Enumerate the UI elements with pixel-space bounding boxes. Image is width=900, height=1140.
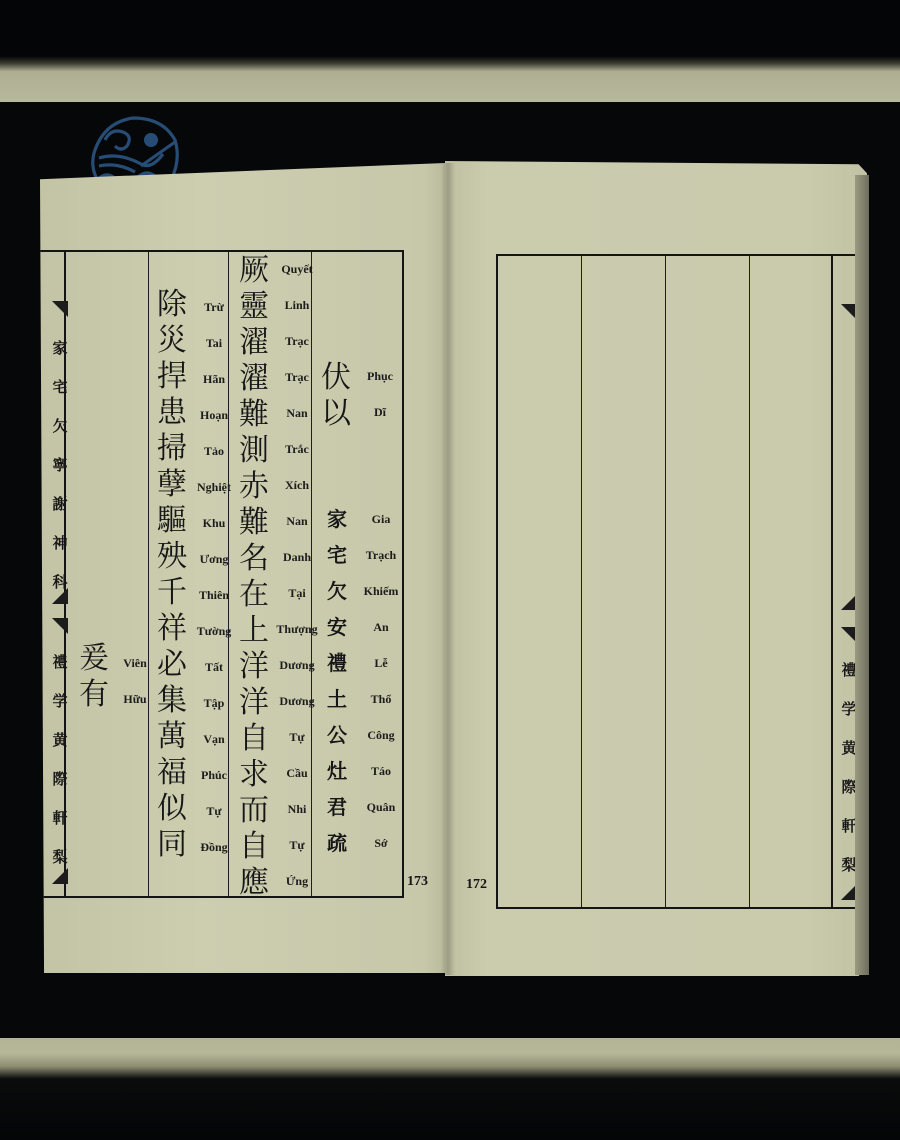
viet-gloss: Viên — [123, 645, 147, 681]
han-char: 欠 — [327, 573, 347, 609]
han-char: 千 — [157, 575, 187, 611]
viet-gloss: Công — [367, 717, 394, 753]
han-char: 宅 — [327, 537, 347, 573]
viet-gloss: Phục — [367, 358, 393, 394]
column-rule — [665, 256, 666, 907]
han-char: 洋 — [239, 649, 269, 685]
viet-gloss: Nan — [286, 503, 307, 539]
han-char: 上 — [239, 613, 269, 649]
viet-gloss: Nan — [286, 395, 307, 431]
margin-title-char: 宅 — [52, 368, 67, 407]
bottom-page-strip — [0, 1038, 900, 1140]
han-char: 除 — [157, 287, 187, 323]
text-column-han: 厥 靈 濯 濯 難 測 赤 難 名 在 上 洋 洋 自 求 而 自 應 — [234, 253, 274, 901]
viet-gloss: Hãn — [203, 361, 225, 397]
viet-gloss: Tập — [204, 685, 225, 721]
han-char: 靈 — [239, 289, 269, 325]
viet-gloss: Nghiệt — [197, 469, 231, 505]
book-spine — [441, 163, 455, 975]
viet-gloss: Hữu — [123, 681, 146, 717]
column-rule — [148, 252, 149, 896]
text-column-viet: Viên Hữu — [114, 645, 156, 717]
han-char: 求 — [239, 757, 269, 793]
page-number-left: 173 — [407, 874, 428, 890]
margin-publisher-char: 際 — [52, 760, 67, 799]
han-char: 而 — [239, 793, 269, 829]
han-char: 在 — [239, 577, 269, 613]
viet-gloss: Trạch — [366, 537, 396, 573]
han-char: 禮 — [327, 645, 347, 681]
viet-gloss: Tại — [288, 575, 305, 611]
viet-gloss: Tự — [206, 793, 221, 829]
text-column-viet: Phục Dĩ — [358, 358, 402, 430]
text-column-viet: Quyết Linh Trạc Trạc Nan Trắc Xích Nan D… — [274, 251, 320, 899]
viet-gloss: Dĩ — [374, 394, 386, 430]
text-column-han: 家 宅 欠 安 禮 土 公 灶 君 疏 — [320, 501, 354, 861]
viet-gloss: Trạc — [285, 359, 309, 395]
viet-gloss: Lễ — [374, 645, 387, 681]
viet-gloss: Thiên — [199, 577, 229, 613]
margin-title-char: 謝 — [52, 485, 67, 524]
right-page: 禮 学 黄 際 軒 梨 172 — [445, 161, 867, 976]
han-char: 灶 — [327, 753, 347, 789]
viet-gloss: Cầu — [286, 755, 307, 791]
han-char: 厥 — [239, 253, 269, 289]
han-char: 自 — [239, 829, 269, 865]
page-stack-edge — [855, 175, 869, 975]
han-char: 難 — [239, 505, 269, 541]
han-char: 爰 — [79, 641, 109, 677]
han-char: 疏 — [327, 825, 347, 861]
viet-gloss: An — [373, 609, 388, 645]
viet-gloss: Gia — [372, 501, 391, 537]
viet-gloss: Danh — [283, 539, 311, 575]
han-char: 捍 — [157, 359, 187, 395]
han-char: 自 — [239, 721, 269, 757]
han-char: 公 — [327, 717, 347, 753]
margin-publisher-char: 学 — [52, 682, 67, 721]
margin-title-column: 家 宅 欠 寧 謝 神 科 — [46, 329, 74, 602]
han-char: 難 — [239, 397, 269, 433]
margin-publisher-char: 黄 — [52, 721, 67, 760]
han-char: 殃 — [157, 539, 187, 575]
han-char: 土 — [327, 681, 347, 717]
viet-gloss: Tự — [289, 827, 304, 863]
text-column-viet: Trừ Tai Hãn Hoạn Tảo Nghiệt Khu Ương Thi… — [192, 289, 236, 865]
margin-title-char: 神 — [52, 524, 67, 563]
right-page-frame — [496, 254, 858, 909]
han-char: 必 — [157, 647, 187, 683]
han-char: 祥 — [157, 611, 187, 647]
viet-gloss: Linh — [285, 287, 310, 323]
viet-gloss: Tất — [205, 649, 223, 685]
text-column-han: 爰 有 — [74, 641, 114, 713]
margin-divider — [831, 256, 833, 907]
fishtail-mid-up-icon — [52, 588, 68, 604]
viet-gloss: Thổ — [371, 681, 392, 717]
han-char: 集 — [157, 683, 187, 719]
han-char: 以 — [321, 396, 351, 432]
han-char: 安 — [327, 609, 347, 645]
han-char: 名 — [239, 541, 269, 577]
han-char: 應 — [239, 865, 269, 901]
margin-title-char: 欠 — [52, 407, 67, 446]
page-number-right: 172 — [466, 877, 487, 893]
han-char: 掃 — [157, 431, 187, 467]
viet-gloss: Ương — [200, 541, 229, 577]
han-char: 洋 — [239, 685, 269, 721]
viet-gloss: Phúc — [201, 757, 227, 793]
margin-title-char: 寧 — [52, 446, 67, 485]
han-char: 濯 — [239, 361, 269, 397]
column-rule — [581, 256, 582, 907]
viet-gloss: Dương — [279, 647, 314, 683]
viet-gloss: Dương — [279, 683, 314, 719]
fishtail-top-icon — [52, 301, 68, 317]
viet-gloss: Quân — [367, 789, 396, 825]
han-char: 伏 — [321, 360, 351, 396]
viet-gloss: Trạc — [285, 323, 309, 359]
viet-gloss: Khiếm — [364, 573, 399, 609]
viet-gloss: Táo — [371, 753, 391, 789]
text-column-han: 除 災 捍 患 掃 孽 驅 殃 千 祥 必 集 萬 福 似 同 — [152, 287, 192, 863]
fishtail-mid-down-icon — [52, 618, 68, 634]
han-char: 君 — [327, 789, 347, 825]
margin-publisher-column: 禮 学 黄 際 軒 梨 — [46, 643, 74, 877]
viet-gloss: Khu — [203, 505, 226, 541]
viet-gloss: Hoạn — [200, 397, 228, 433]
margin-title-char: 家 — [52, 329, 67, 368]
han-char: 災 — [157, 323, 187, 359]
viet-gloss: Trắc — [285, 431, 309, 467]
han-char: 患 — [157, 395, 187, 431]
viet-gloss: Tai — [206, 325, 222, 361]
column-rule — [749, 256, 750, 907]
viet-gloss: Tảo — [204, 433, 224, 469]
text-column-han: 伏 以 — [318, 360, 354, 432]
viet-gloss: Quyết — [281, 251, 312, 287]
viet-gloss: Xích — [285, 467, 309, 503]
han-char: 家 — [327, 501, 347, 537]
han-char: 孽 — [157, 467, 187, 503]
han-char: 萬 — [157, 719, 187, 755]
viet-gloss: Sớ — [374, 825, 387, 861]
viet-gloss: Nhi — [288, 791, 307, 827]
han-char: 赤 — [239, 469, 269, 505]
han-char: 似 — [157, 791, 187, 827]
text-column-viet: Gia Trạch Khiếm An Lễ Thổ Công Táo Quân … — [358, 501, 404, 861]
left-page: 家 宅 欠 寧 謝 神 科 禮 学 黄 際 軒 梨 爰 有 Viên Hữu 除… — [40, 163, 445, 973]
han-char: 驅 — [157, 503, 187, 539]
viet-gloss: Thượng — [276, 611, 317, 647]
han-char: 同 — [157, 827, 187, 863]
han-char: 測 — [239, 433, 269, 469]
viet-gloss: Đồng — [200, 829, 227, 865]
viet-gloss: Tự — [289, 719, 304, 755]
han-char: 福 — [157, 755, 187, 791]
fishtail-bottom-icon — [52, 868, 68, 884]
margin-publisher-char: 禮 — [52, 643, 67, 682]
han-char: 有 — [79, 677, 109, 713]
viet-gloss: Vạn — [203, 721, 224, 757]
viet-gloss: Ứng — [286, 863, 308, 899]
viet-gloss: Trừ — [204, 289, 224, 325]
margin-publisher-char: 軒 — [52, 799, 67, 838]
top-page-strip — [0, 0, 900, 102]
viet-gloss: Tường — [197, 613, 232, 649]
han-char: 濯 — [239, 325, 269, 361]
